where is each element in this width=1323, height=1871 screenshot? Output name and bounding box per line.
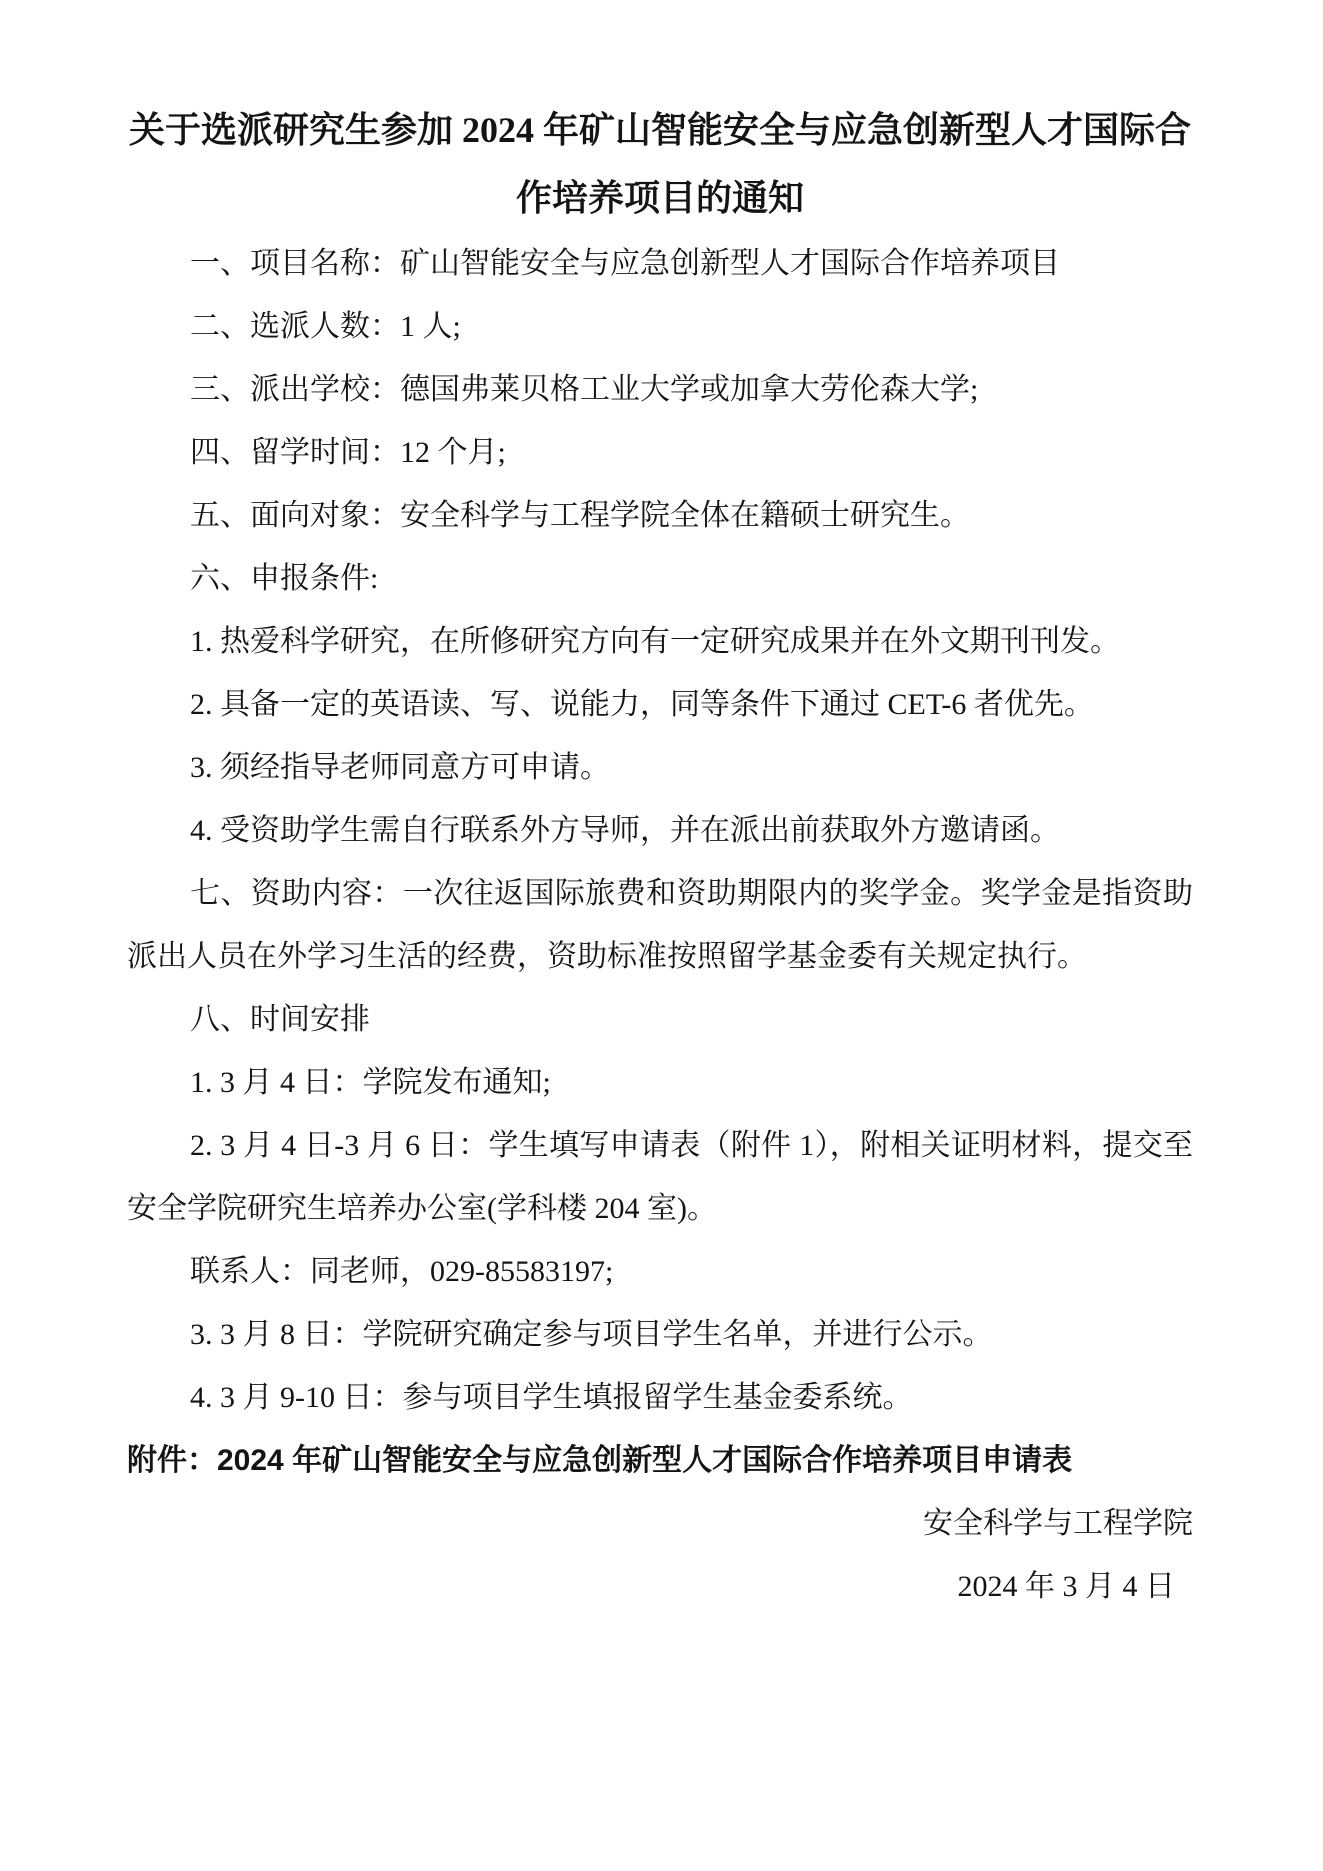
condition-3: 3. 须经指导老师同意方可申请。 <box>127 736 1193 799</box>
title-line-1: 关于选派研究生参加 2024 年矿山智能安全与应急创新型人才国际合 <box>127 96 1193 164</box>
item-duration: 四、留学时间：12 个月; <box>127 421 1193 484</box>
schedule-3: 3. 3 月 8 日：学院研究确定参与项目学生名单，并进行公示。 <box>127 1303 1193 1366</box>
signature-unit: 安全科学与工程学院 <box>127 1492 1193 1555</box>
item-funding: 七、资助内容：一次往返国际旅费和资助期限内的奖学金。奖学金是指资助派出人员在外学… <box>127 862 1193 988</box>
condition-2: 2. 具备一定的英语读、写、说能力，同等条件下通过 CET-6 者优先。 <box>127 673 1193 736</box>
item-schedule-heading: 八、时间安排 <box>127 988 1193 1051</box>
contact-line: 联系人：同老师，029-85583197; <box>127 1240 1193 1303</box>
schedule-1: 1. 3 月 4 日：学院发布通知; <box>127 1051 1193 1114</box>
item-conditions-heading: 六、申报条件: <box>127 547 1193 610</box>
item-quota: 二、选派人数：1 人; <box>127 295 1193 358</box>
condition-4: 4. 受资助学生需自行联系外方导师，并在派出前获取外方邀请函。 <box>127 799 1193 862</box>
notice-title: 关于选派研究生参加 2024 年矿山智能安全与应急创新型人才国际合 作培养项目的… <box>127 96 1193 232</box>
item-schools: 三、派出学校：德国弗莱贝格工业大学或加拿大劳伦森大学; <box>127 358 1193 421</box>
schedule-2: 2. 3 月 4 日-3 月 6 日：学生填写申请表（附件 1），附相关证明材料… <box>127 1114 1193 1240</box>
item-audience: 五、面向对象：安全科学与工程学院全体在籍硕士研究生。 <box>127 484 1193 547</box>
notice-page: 关于选派研究生参加 2024 年矿山智能安全与应急创新型人才国际合 作培养项目的… <box>0 0 1323 1871</box>
signature-date: 2024 年 3 月 4 日 <box>127 1555 1193 1618</box>
attachment-line: 附件：2024 年矿山智能安全与应急创新型人才国际合作培养项目申请表 <box>127 1429 1193 1492</box>
item-project-name: 一、项目名称：矿山智能安全与应急创新型人才国际合作培养项目 <box>127 232 1193 295</box>
schedule-4: 4. 3 月 9-10 日：参与项目学生填报留学生基金委系统。 <box>127 1366 1193 1429</box>
title-line-2: 作培养项目的通知 <box>127 164 1193 232</box>
notice-body: 一、项目名称：矿山智能安全与应急创新型人才国际合作培养项目 二、选派人数：1 人… <box>127 232 1193 1618</box>
condition-1: 1. 热爱科学研究，在所修研究方向有一定研究成果并在外文期刊刊发。 <box>127 610 1193 673</box>
notice-document: 关于选派研究生参加 2024 年矿山智能安全与应急创新型人才国际合 作培养项目的… <box>127 96 1193 1618</box>
